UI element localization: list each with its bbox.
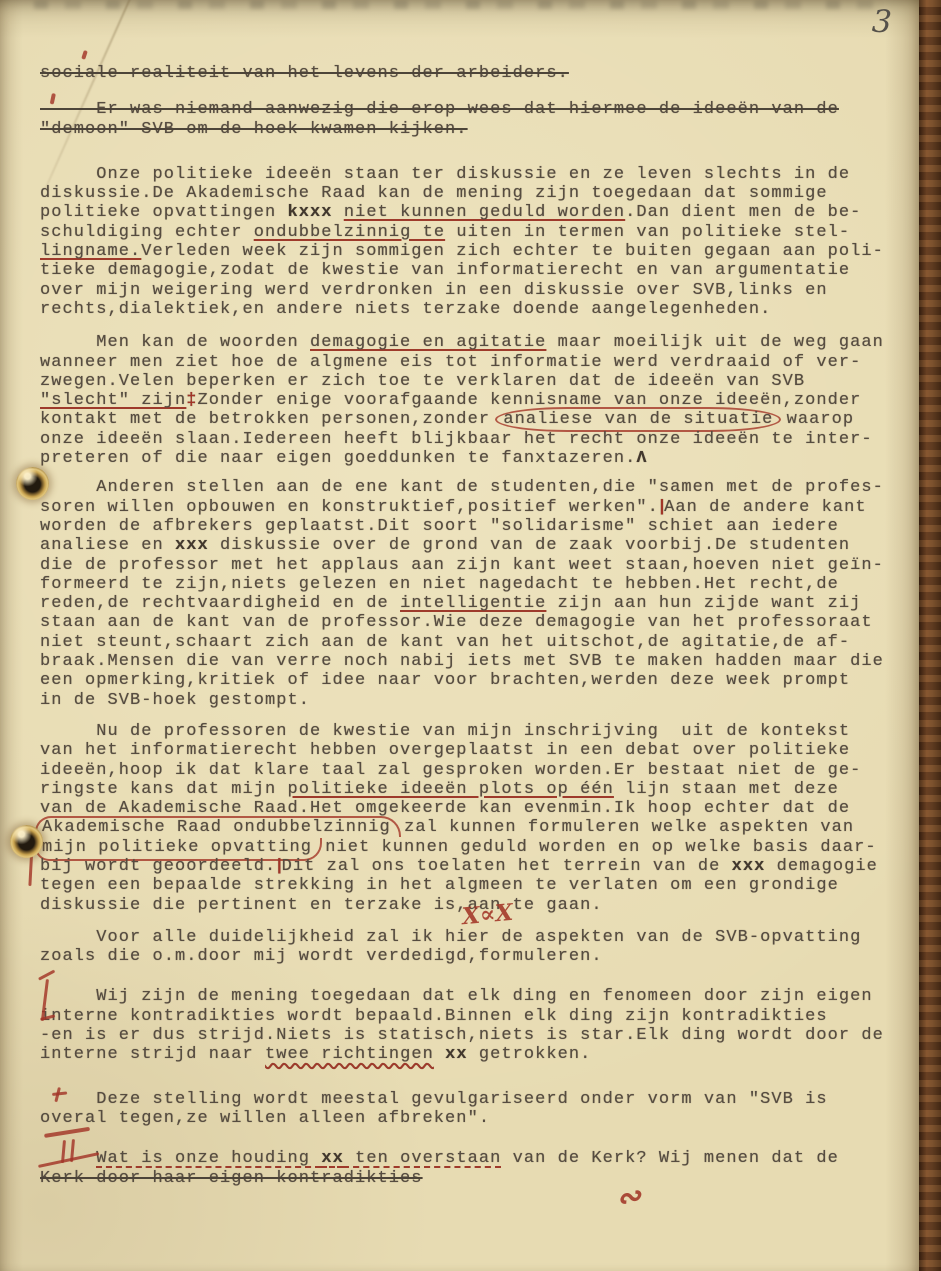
text-segment: over mijn weigering werd verdronken in e… bbox=[40, 281, 828, 300]
text-segment: soren willen opbouwen en konstruktief,po… bbox=[40, 498, 659, 517]
text-segment: diskussie.De Akademische Raad kan de men… bbox=[40, 184, 828, 203]
typed-line: Wij zijn de mening toegedaan dat elk din… bbox=[40, 987, 884, 1006]
text-segment: uiten in termen van politieke stel- bbox=[445, 223, 850, 242]
text-segment: Aan de andere kant bbox=[664, 498, 867, 517]
text-segment: preteren of die naar eigen goeddunken te… bbox=[40, 449, 636, 468]
typed-line: interne strijd naar twee richtingen xx g… bbox=[40, 1045, 884, 1064]
typed-line: tegen een bepaalde strekking in het algm… bbox=[40, 876, 884, 895]
text-segment: tieke demagogie,zodat de kwestie van inf… bbox=[40, 261, 850, 280]
paragraph: Wij zijn de mening toegedaan dat elk din… bbox=[40, 987, 884, 1064]
text-segment: Er was niemand aanwezig die erop wees da… bbox=[40, 100, 839, 119]
paragraph: Anderen stellen aan de ene kant de stude… bbox=[40, 478, 884, 710]
typed-line: Voor alle duidelijkheid zal ik hier de a… bbox=[40, 928, 884, 947]
text-segment: twee richtingen bbox=[265, 1045, 434, 1064]
typed-line: soren willen opbouwen en konstruktief,po… bbox=[40, 498, 884, 517]
text-segment: een opmerking,kritiek of idee naar voor … bbox=[40, 671, 850, 690]
paragraph: Er was niemand aanwezig die erop wees da… bbox=[40, 100, 884, 139]
typed-line: schuldiging echter ondubbelzinnig te uit… bbox=[40, 223, 884, 242]
text-segment: maar moeilijk uit de weg gaan bbox=[546, 333, 884, 352]
text-segment: tegen een bepaalde strekking in het algm… bbox=[40, 876, 839, 895]
text-segment: Onze politieke ideeën staan ter diskussi… bbox=[40, 165, 850, 184]
typed-line: Akademische Raad ondubbelzinnig zal kunn… bbox=[40, 818, 884, 837]
paper-page: 3 sociale realiteit van het levens der a… bbox=[0, 0, 922, 1271]
typed-line: Men kan de woorden demagogie en agitatie… bbox=[40, 333, 884, 352]
typed-line: Wat is onze houding xx ten overstaan van… bbox=[40, 1149, 884, 1168]
text-segment: -en is er dus strijd.Niets is statisch,n… bbox=[40, 1026, 884, 1045]
text-segment: kontakt met de betrokken personen,zonder bbox=[40, 410, 501, 429]
typed-line: worden de afbrekers geplaatst.Dit soort … bbox=[40, 517, 884, 536]
text-segment: zal kunnen formuleren welke aspekten van bbox=[393, 818, 854, 837]
text-segment: Voor alle duidelijkheid zal ik hier de a… bbox=[40, 928, 861, 947]
text-segment: onze ideeën slaan.Iedereen heeft blijkba… bbox=[40, 430, 873, 449]
text-segment bbox=[333, 203, 344, 222]
text-segment: staan aan de kant van de professor.Wie d… bbox=[40, 613, 873, 632]
typed-line: Nu de professoren de kwestie van mijn in… bbox=[40, 722, 884, 741]
text-segment: zoals die o.m.door mij wordt verdedigd,f… bbox=[40, 947, 603, 966]
text-segment: ‡ bbox=[186, 391, 197, 410]
text-segment: Λ bbox=[636, 449, 647, 468]
typed-line: niet steunt,schaart zich aan de kant van… bbox=[40, 633, 884, 652]
text-segment: demagogie bbox=[765, 857, 878, 876]
typed-line: overal tegen,ze willen alleen afbreken". bbox=[40, 1109, 884, 1128]
text-segment: die de professor met het applaus aan zij… bbox=[40, 556, 884, 575]
paragraph: Deze stelling wordt meestal gevulgarisee… bbox=[40, 1090, 884, 1129]
text-segment: demagogie en agitatie bbox=[310, 333, 546, 352]
punch-hole bbox=[16, 467, 49, 500]
paragraph: Nu de professoren de kwestie van mijn in… bbox=[40, 722, 884, 915]
text-segment: Wij zijn de mening toegedaan dat elk din… bbox=[40, 987, 873, 1006]
typed-line: -en is er dus strijd.Niets is statisch,n… bbox=[40, 1026, 884, 1045]
typed-text: sociale realiteit van het levens der arb… bbox=[40, 64, 884, 1188]
text-segment: politieke ideeën plots op één bbox=[288, 780, 614, 799]
text-segment: xx bbox=[321, 1149, 344, 1168]
typed-line: in de SVB-hoek gestompt. bbox=[40, 691, 884, 710]
typed-line: ringste kans dat mijn politieke ideeën p… bbox=[40, 780, 884, 799]
typed-line: een opmerking,kritiek of idee naar voor … bbox=[40, 671, 884, 690]
text-segment: analiese en bbox=[40, 536, 175, 555]
text-segment: ideeën,hoop ik dat klare taal zal gespro… bbox=[40, 761, 861, 780]
typed-line: sociale realiteit van het levens der arb… bbox=[40, 64, 884, 83]
text-segment: bij wordt geoordeeld. bbox=[40, 857, 276, 876]
typed-line: interne kontradikties wordt bepaald.Binn… bbox=[40, 1007, 884, 1026]
text-segment: wanneer men ziet hoe de algmene eis tot … bbox=[40, 353, 861, 372]
text-segment: Deze stelling wordt meestal gevulgarisee… bbox=[40, 1090, 828, 1109]
text-segment: waarop bbox=[775, 410, 854, 429]
text-segment: braak.Mensen die van verre noch nabij ie… bbox=[40, 652, 884, 671]
text-segment: getrokken. bbox=[468, 1045, 592, 1064]
text-segment: xxx bbox=[175, 536, 209, 555]
typed-line: diskussie.De Akademische Raad kan de men… bbox=[40, 184, 884, 203]
typed-line: Anderen stellen aan de ene kant de stude… bbox=[40, 478, 884, 497]
typed-line: Er was niemand aanwezig die erop wees da… bbox=[40, 100, 884, 119]
typed-line: over mijn weigering werd verdronken in e… bbox=[40, 281, 884, 300]
text-segment: lingname. bbox=[40, 242, 141, 261]
text-segment: reden,de rechtvaardigheid en de bbox=[40, 594, 400, 613]
typed-line: onze ideeën slaan.Iedereen heeft blijkba… bbox=[40, 430, 884, 449]
typed-line: Deze stelling wordt meestal gevulgarisee… bbox=[40, 1090, 884, 1109]
text-segment: niet steunt,schaart zich aan de kant van… bbox=[40, 633, 850, 652]
typed-line: braak.Mensen die van verre noch nabij ie… bbox=[40, 652, 884, 671]
text-segment: Wat is onze houding bbox=[96, 1149, 321, 1168]
text-segment: diskussie over de grond van de zaak voor… bbox=[209, 536, 850, 555]
document-scan: 3 sociale realiteit van het levens der a… bbox=[0, 0, 941, 1271]
text-segment: sociale realiteit van het levens der arb… bbox=[40, 64, 569, 83]
typed-line: analiese en xxx diskussie over de grond … bbox=[40, 536, 884, 555]
text-segment: zijn aan hun zijde want zij bbox=[546, 594, 861, 613]
text-segment: zwegen.Velen beperken er zich toe te ver… bbox=[40, 372, 805, 391]
text-segment: lijn staan met deze bbox=[614, 780, 839, 799]
text-segment: interne kontradikties wordt bepaald.Binn… bbox=[40, 1007, 828, 1026]
typed-line: bij wordt geoordeeld.|Dit zal ons toelat… bbox=[40, 857, 884, 876]
text-segment: worden de afbrekers geplaatst.Dit soort … bbox=[40, 517, 839, 536]
text-segment: in de SVB-hoek gestompt. bbox=[40, 691, 310, 710]
typed-line: mijn politieke opvatting niet kunnen ged… bbox=[40, 838, 884, 857]
paragraph: Wat is onze houding xx ten overstaan van… bbox=[40, 1149, 884, 1188]
typed-line: van het informatierecht hebben overgepla… bbox=[40, 741, 884, 760]
text-segment bbox=[434, 1045, 445, 1064]
paragraph: Voor alle duidelijkheid zal ik hier de a… bbox=[40, 928, 884, 967]
typed-line: die de professor met het applaus aan zij… bbox=[40, 556, 884, 575]
text-segment: ringste kans dat mijn bbox=[40, 780, 288, 799]
typed-line: formeerd te zijn,niets gelezen en niet n… bbox=[40, 575, 884, 594]
text-segment: Zonder enige voorafgaande kennisname van… bbox=[198, 391, 862, 410]
paragraph: Onze politieke ideeën staan ter diskussi… bbox=[40, 165, 884, 319]
text-segment: Nu de professoren de kwestie van mijn in… bbox=[40, 722, 850, 741]
typed-line: lingname.Verleden week zijn sommigen zic… bbox=[40, 242, 884, 261]
punch-hole bbox=[10, 825, 43, 858]
text-segment: Anderen stellen aan de ene kant de stude… bbox=[40, 478, 884, 497]
typed-line: Kerk door haar eigen kontradikties bbox=[40, 1169, 884, 1188]
text-segment: xxx bbox=[732, 857, 766, 876]
typed-line: staan aan de kant van de professor.Wie d… bbox=[40, 613, 884, 632]
typed-line: reden,de rechtvaardigheid en de intellig… bbox=[40, 594, 884, 613]
typed-line: ideeën,hoop ik dat klare taal zal gespro… bbox=[40, 761, 884, 780]
typed-line: preteren of die naar eigen goeddunken te… bbox=[40, 449, 884, 468]
typed-line: zoals die o.m.door mij wordt verdedigd,f… bbox=[40, 947, 884, 966]
text-segment: ten overstaan bbox=[344, 1149, 502, 1168]
text-segment: politieke opvattingen bbox=[40, 203, 288, 222]
text-segment: van de Akademische Raad.Het omgekeerde k… bbox=[40, 799, 850, 818]
typed-line: zwegen.Velen beperken er zich toe te ver… bbox=[40, 372, 884, 391]
text-segment: van de Kerk? Wij menen dat de bbox=[501, 1149, 839, 1168]
typed-line: kontakt met de betrokken personen,zonder… bbox=[40, 410, 884, 429]
text-segment: Verleden week zijn sommigen zich echter … bbox=[141, 242, 884, 261]
typed-line: Onze politieke ideeën staan ter diskussi… bbox=[40, 165, 884, 184]
text-segment: schuldiging echter bbox=[40, 223, 254, 242]
text-segment: ondubbelzinnig te bbox=[254, 223, 445, 242]
text-segment: diskussie die pertinent en terzake is,aa… bbox=[40, 896, 603, 915]
typed-line: politieke opvattingen kxxx niet kunnen g… bbox=[40, 203, 884, 222]
text-segment: overal tegen,ze willen alleen afbreken". bbox=[40, 1109, 490, 1128]
text-segment: Kerk door haar eigen kontradikties bbox=[40, 1169, 423, 1188]
typed-line: "slecht" zijn‡Zonder enige voorafgaande … bbox=[40, 391, 884, 410]
text-segment: intelligentie bbox=[400, 594, 546, 613]
red-speck bbox=[81, 50, 88, 60]
text-segment: "demoon" SVB om de hoek kwamen kijken. bbox=[40, 120, 468, 139]
top-edge-smudge bbox=[34, 0, 882, 9]
paragraph: sociale realiteit van het levens der arb… bbox=[40, 64, 884, 83]
text-segment: analiese van de situatie bbox=[495, 407, 781, 432]
typed-line: "demoon" SVB om de hoek kwamen kijken. bbox=[40, 120, 884, 139]
text-segment: "slecht" zijn bbox=[40, 391, 186, 410]
xxx-scribble: X∝X bbox=[461, 899, 514, 930]
paragraph: Men kan de woorden demagogie en agitatie… bbox=[40, 333, 884, 468]
text-segment: xx bbox=[445, 1045, 468, 1064]
text-segment: formeerd te zijn,niets gelezen en niet n… bbox=[40, 575, 839, 594]
text-segment: van het informatierecht hebben overgepla… bbox=[40, 741, 850, 760]
text-segment: .Dan dient men de be- bbox=[625, 203, 861, 222]
text-segment: Akademische Raad ondubbelzinnig bbox=[35, 816, 401, 837]
text-segment: Men kan de woorden bbox=[40, 333, 310, 352]
typed-line: rechts,dialektiek,en andere niets terzak… bbox=[40, 300, 884, 319]
typed-line: wanneer men ziet hoe de algmene eis tot … bbox=[40, 353, 884, 372]
desk-wood-edge bbox=[919, 0, 941, 1271]
text-segment: niet kunnen geduld worden en op welke ba… bbox=[314, 838, 877, 857]
typed-line: tieke demagogie,zodat de kwestie van inf… bbox=[40, 261, 884, 280]
page-number: 3 bbox=[871, 4, 893, 41]
text-segment: kxxx bbox=[288, 203, 333, 222]
text-segment: interne strijd naar bbox=[40, 1045, 265, 1064]
text-segment: Dit zal ons toelaten het terrein van de bbox=[282, 857, 732, 876]
text-segment: rechts,dialektiek,en andere niets terzak… bbox=[40, 300, 771, 319]
text-segment: niet kunnen geduld worden bbox=[344, 203, 625, 222]
